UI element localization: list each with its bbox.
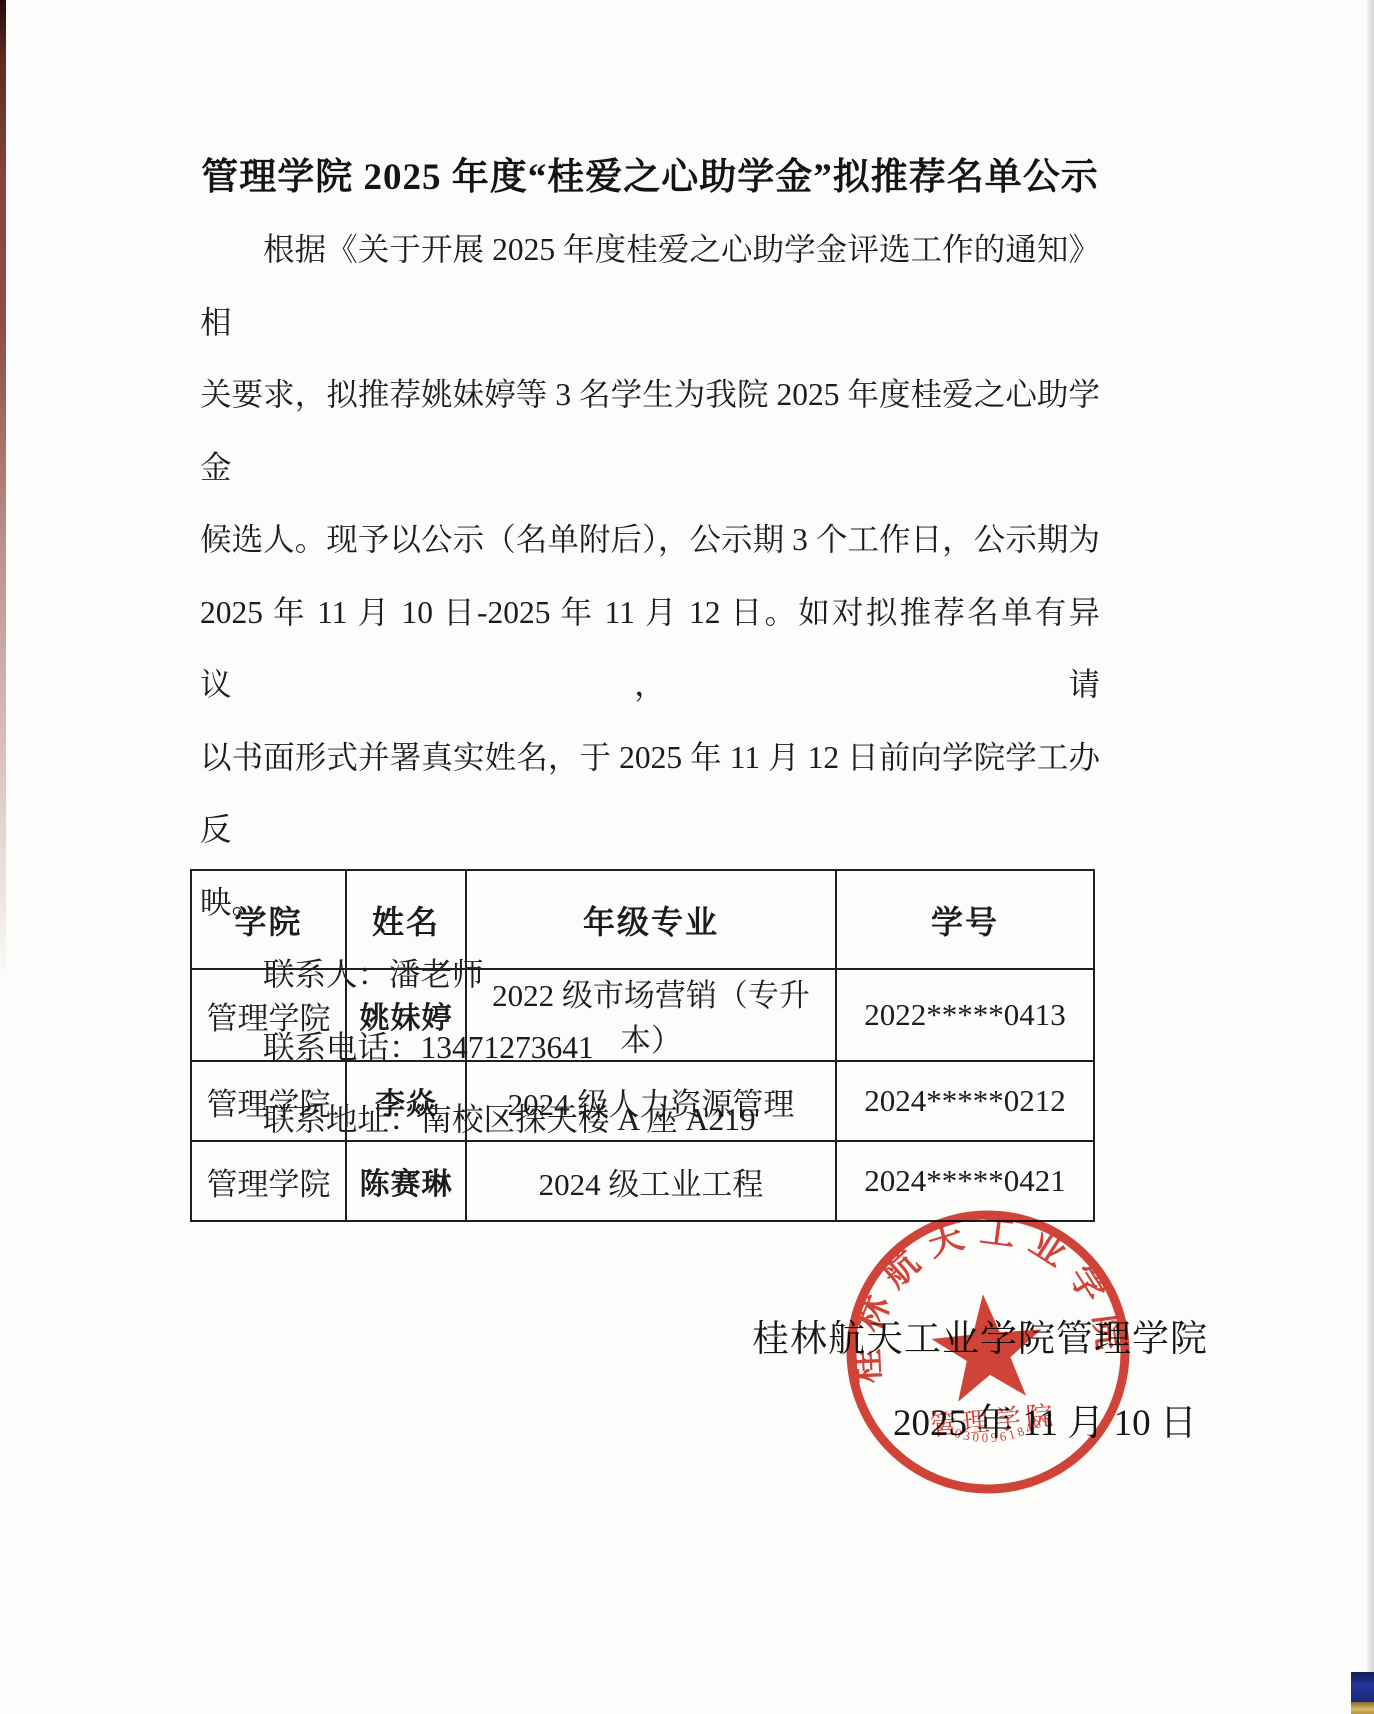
announcement-document-page: 管理学院 2025 年度“桂爱之心助学金”拟推荐名单公示 根据《关于开展 202… [0,0,1374,1714]
table-cell-major: 2024 级工业工程 [466,1141,836,1221]
table-row: 管理学院 姚妹婷 2022 级市场营销（专升本） 2022*****0413 [191,969,1094,1061]
table-cell-name: 姚妹婷 [346,969,466,1061]
table-header-major: 年级专业 [466,870,836,969]
table-header-college: 学院 [191,870,346,969]
right-edge-scan-artifact [1367,0,1374,1714]
table-cell-major: 2024 级人力资源管理 [466,1061,836,1141]
document-title: 管理学院 2025 年度“桂爱之心助学金”拟推荐名单公示 [200,146,1100,200]
table-header-student-id: 学号 [836,870,1094,969]
corner-artifact-blue [1351,1672,1374,1702]
table-row: 管理学院 李焱 2024 级人力资源管理 2024*****0212 [191,1061,1094,1141]
corner-artifact-yellow [1351,1702,1374,1714]
paragraph-line: 候选人。现予以公示（名单附后），公示期 3 个工作日，公示期为 [200,504,1100,577]
table-cell-college: 管理学院 [191,969,346,1061]
table-cell-student-id: 2024*****0212 [836,1061,1094,1141]
paragraph-line: 2025 年 11 月 10 日-2025 年 11 月 12 日。如对拟推荐名… [200,577,1100,722]
table-header-name: 姓名 [346,870,466,969]
table-cell-college: 管理学院 [191,1141,346,1221]
table-cell-college: 管理学院 [191,1061,346,1141]
table-cell-student-id: 2022*****0413 [836,969,1094,1061]
recommendation-table: 学院 姓名 年级专业 学号 管理学院 姚妹婷 2022 级市场营销（专升本） 2… [190,869,1095,1222]
official-seal-stamp: 桂林航天工业学院 管理学院 4503009618406 [825,1189,1150,1514]
table-cell-name: 李焱 [346,1061,466,1141]
paragraph-line: 关要求，拟推荐姚妹婷等 3 名学生为我院 2025 年度桂爱之心助学金 [200,359,1100,504]
table-header-row: 学院 姓名 年级专业 学号 [191,870,1094,969]
left-edge-scan-artifact [0,0,6,980]
paragraph-line: 以书面形式并署真实姓名，于 2025 年 11 月 12 日前向学院学工办反 [200,722,1100,867]
table-cell-name: 陈赛琳 [346,1141,466,1221]
table-cell-major: 2022 级市场营销（专升本） [466,969,836,1061]
star-icon [928,1289,1047,1403]
paragraph-line: 根据《关于开展 2025 年度桂爱之心助学金评选工作的通知》相 [200,214,1100,359]
